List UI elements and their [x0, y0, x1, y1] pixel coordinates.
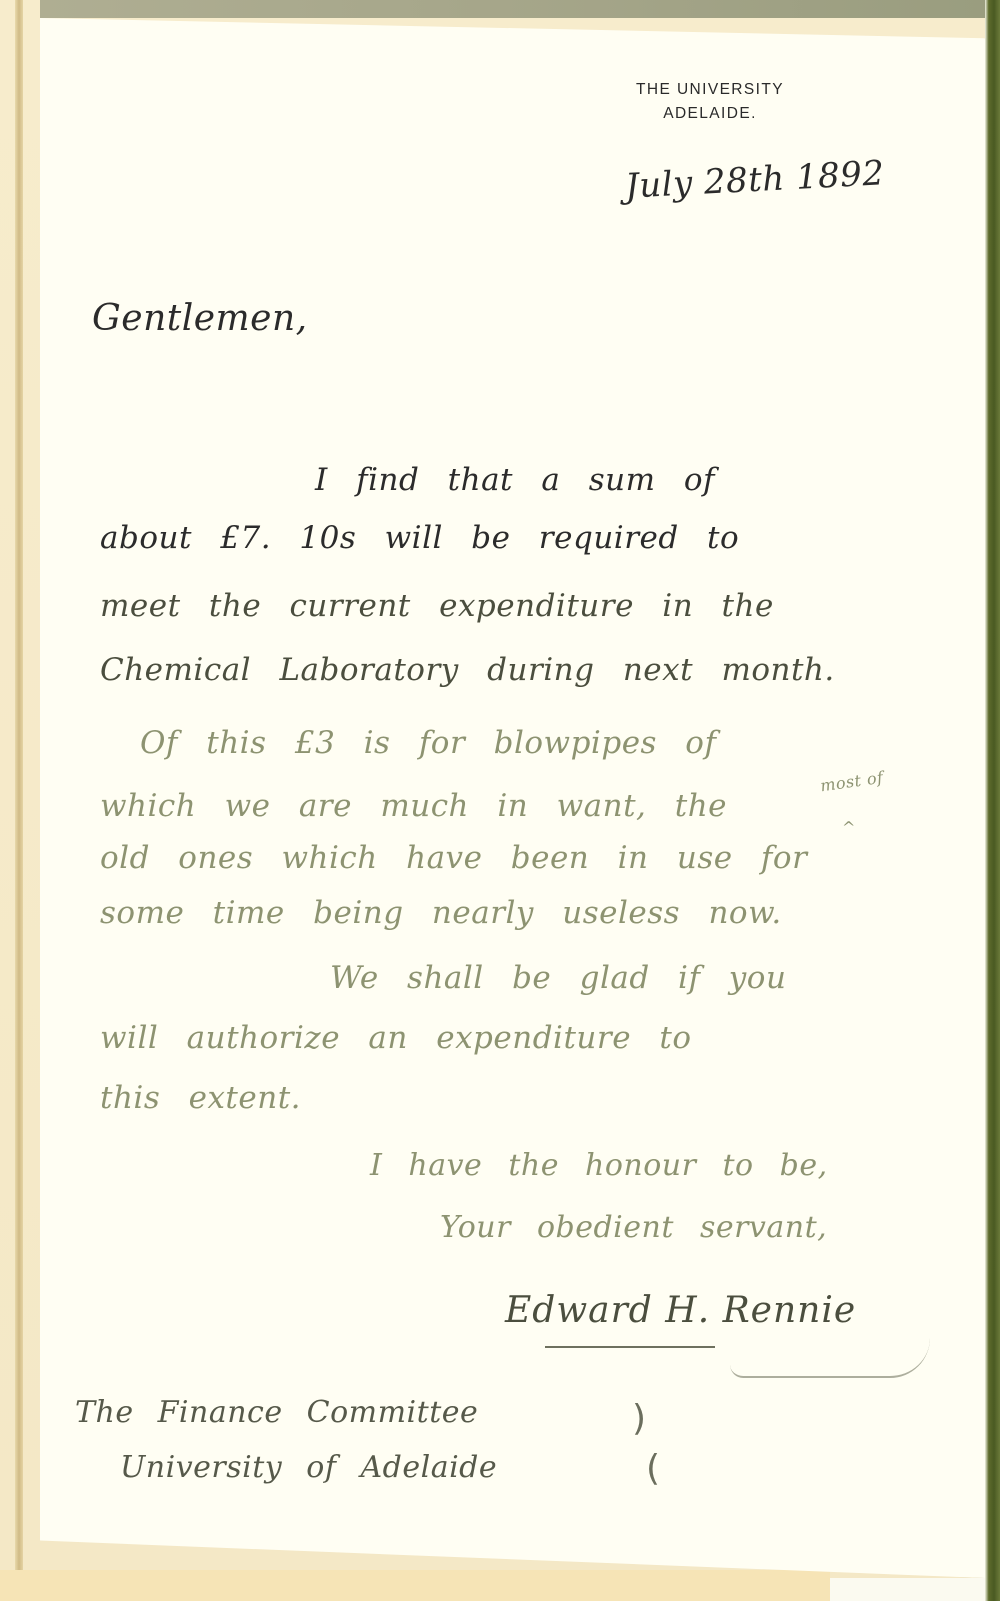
signature-flourish	[730, 1338, 930, 1378]
signature-underline	[545, 1346, 715, 1348]
body-line: old ones which have been in use for	[100, 840, 807, 876]
body-line: Chemical Laboratory during next month.	[100, 652, 835, 688]
body-line: some time being nearly useless now.	[100, 895, 782, 931]
letterhead-city: ADELAIDE.	[600, 102, 820, 126]
bottom-right-backing-card	[830, 1578, 985, 1601]
salutation: Gentlemen,	[92, 298, 308, 339]
addressee-bracket-top: )	[632, 1398, 646, 1439]
closing-line-2: Your obedient servant,	[440, 1210, 827, 1245]
right-edge-binding-strip	[985, 0, 1000, 1601]
signature: Edward H. Rennie	[505, 1290, 856, 1331]
closing-line-1: I have the honour to be,	[370, 1148, 828, 1183]
body-line: about £7. 10s will be required to	[100, 520, 739, 556]
letterhead-institution: THE UNIVERSITY	[600, 78, 820, 102]
caret-mark: ^	[842, 818, 856, 837]
addressee-line-2: University of Adelaide	[120, 1450, 497, 1485]
body-line: meet the current expenditure in the	[100, 588, 774, 624]
body-line: Of this £3 is for blowpipes of	[140, 725, 716, 761]
body-line: We shall be glad if you	[330, 960, 786, 996]
top-edge-band	[40, 0, 1000, 18]
letterhead: THE UNIVERSITY ADELAIDE.	[600, 78, 820, 126]
body-line: will authorize an expenditure to	[100, 1020, 692, 1056]
body-line: this extent.	[100, 1080, 301, 1116]
body-line: which we are much in want, the	[100, 788, 727, 824]
body-line: I find that a sum of	[315, 462, 715, 498]
addressee-bracket-bottom: (	[646, 1448, 660, 1489]
addressee-line-1: The Finance Committee	[75, 1395, 478, 1430]
bottom-backing-paper	[0, 1570, 830, 1601]
left-fold-line	[15, 0, 23, 1601]
